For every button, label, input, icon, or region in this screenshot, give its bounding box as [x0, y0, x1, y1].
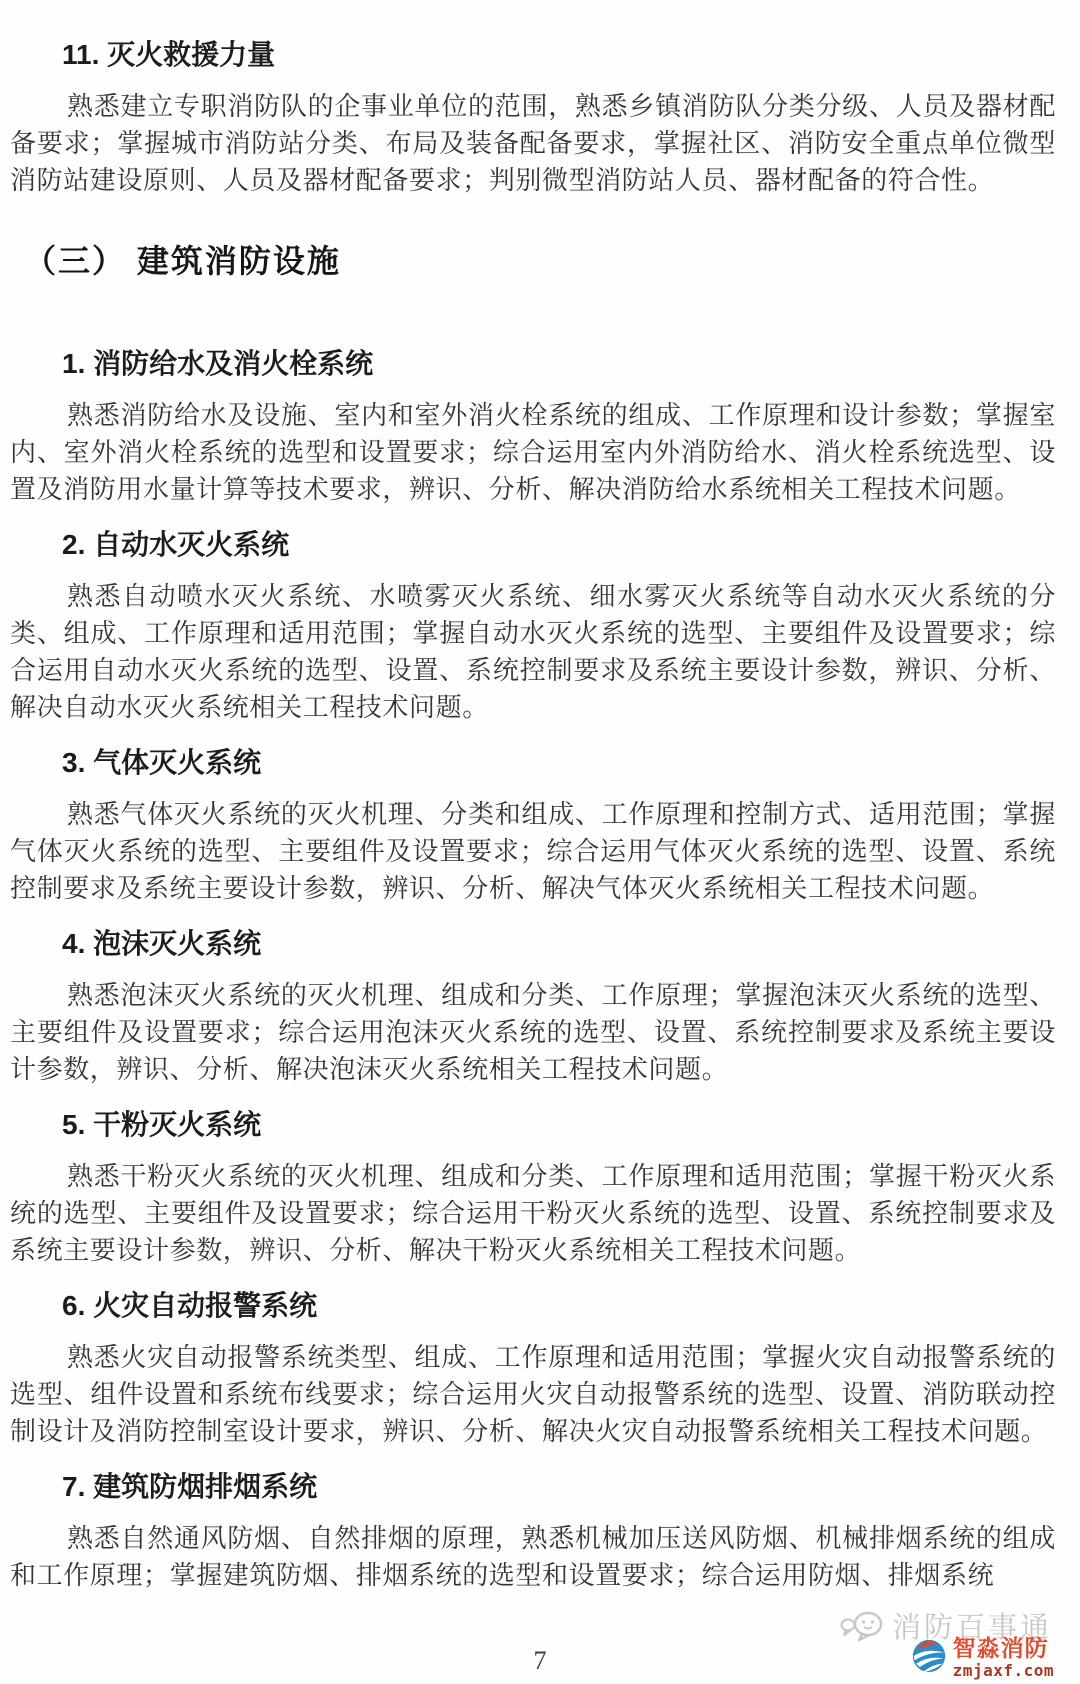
subsection-heading-1: 1. 消防给水及消火栓系统: [62, 347, 1056, 381]
subsection-heading-6: 6. 火灾自动报警系统: [62, 1289, 1056, 1323]
subsection-paragraph-3: 熟悉气体灭火系统的灭火机理、分类和组成、工作原理和控制方式、适用范围；掌握气体灭…: [10, 796, 1056, 907]
subsection-paragraph-5: 熟悉干粉灭火系统的灭火机理、组成和分类、工作原理和适用范围；掌握干粉灭火系统的选…: [10, 1158, 1056, 1269]
subsection-paragraph-1: 熟悉消防给水及设施、室内和室外消火栓系统的组成、工作原理和设计参数；掌握室内、室…: [10, 397, 1056, 508]
page-number: 7: [0, 1646, 1080, 1676]
subsection-heading-3: 3. 气体灭火系统: [62, 746, 1056, 780]
subsection-paragraph-7: 熟悉自然通风防烟、自然排烟的原理，熟悉机械加压送风防烟、机械排烟系统的组成和工作…: [10, 1520, 1056, 1594]
section-heading-11: 11. 灭火救援力量: [62, 38, 1056, 72]
chapter-heading: （三） 建筑消防设施: [24, 241, 1056, 281]
speech-bubbles-icon: [840, 1609, 884, 1643]
subsection-paragraph-2: 熟悉自动喷水灭火系统、水喷雾灭火系统、细水雾灭火系统等自动水灭火系统的分类、组成…: [10, 578, 1056, 726]
subsection-paragraph-6: 熟悉火灾自动报警系统类型、组成、工作原理和适用范围；掌握火灾自动报警系统的选型、…: [10, 1339, 1056, 1450]
subsection-heading-7: 7. 建筑防烟排烟系统: [62, 1470, 1056, 1504]
section-paragraph-11: 熟悉建立专职消防队的企事业单位的范围，熟悉乡镇消防队分类分级、人员及器材配备要求…: [10, 88, 1056, 199]
subsection-heading-4: 4. 泡沫灭火系统: [62, 927, 1056, 961]
subsection-paragraph-4: 熟悉泡沫灭火系统的灭火机理、组成和分类、工作原理；掌握泡沫灭火系统的选型、主要组…: [10, 977, 1056, 1088]
subsection-heading-2: 2. 自动水灭火系统: [62, 528, 1056, 562]
document-page: 11. 灭火救援力量 熟悉建立专职消防队的企事业单位的范围，熟悉乡镇消防队分类分…: [0, 0, 1080, 1684]
subsection-heading-5: 5. 干粉灭火系统: [62, 1108, 1056, 1142]
